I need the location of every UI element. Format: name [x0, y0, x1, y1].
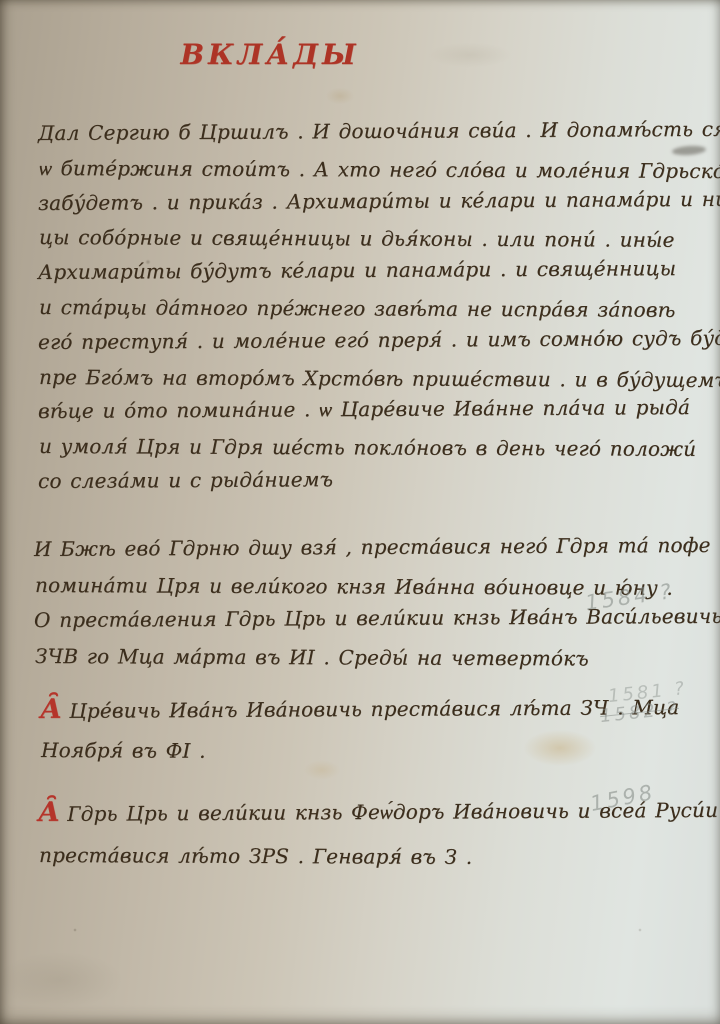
- photo-vignette: [0, 0, 720, 1024]
- manuscript-page-photo: ВКЛА́ДЫ Дал Сергию б Цршилъ . И дошоча́н…: [0, 0, 720, 1024]
